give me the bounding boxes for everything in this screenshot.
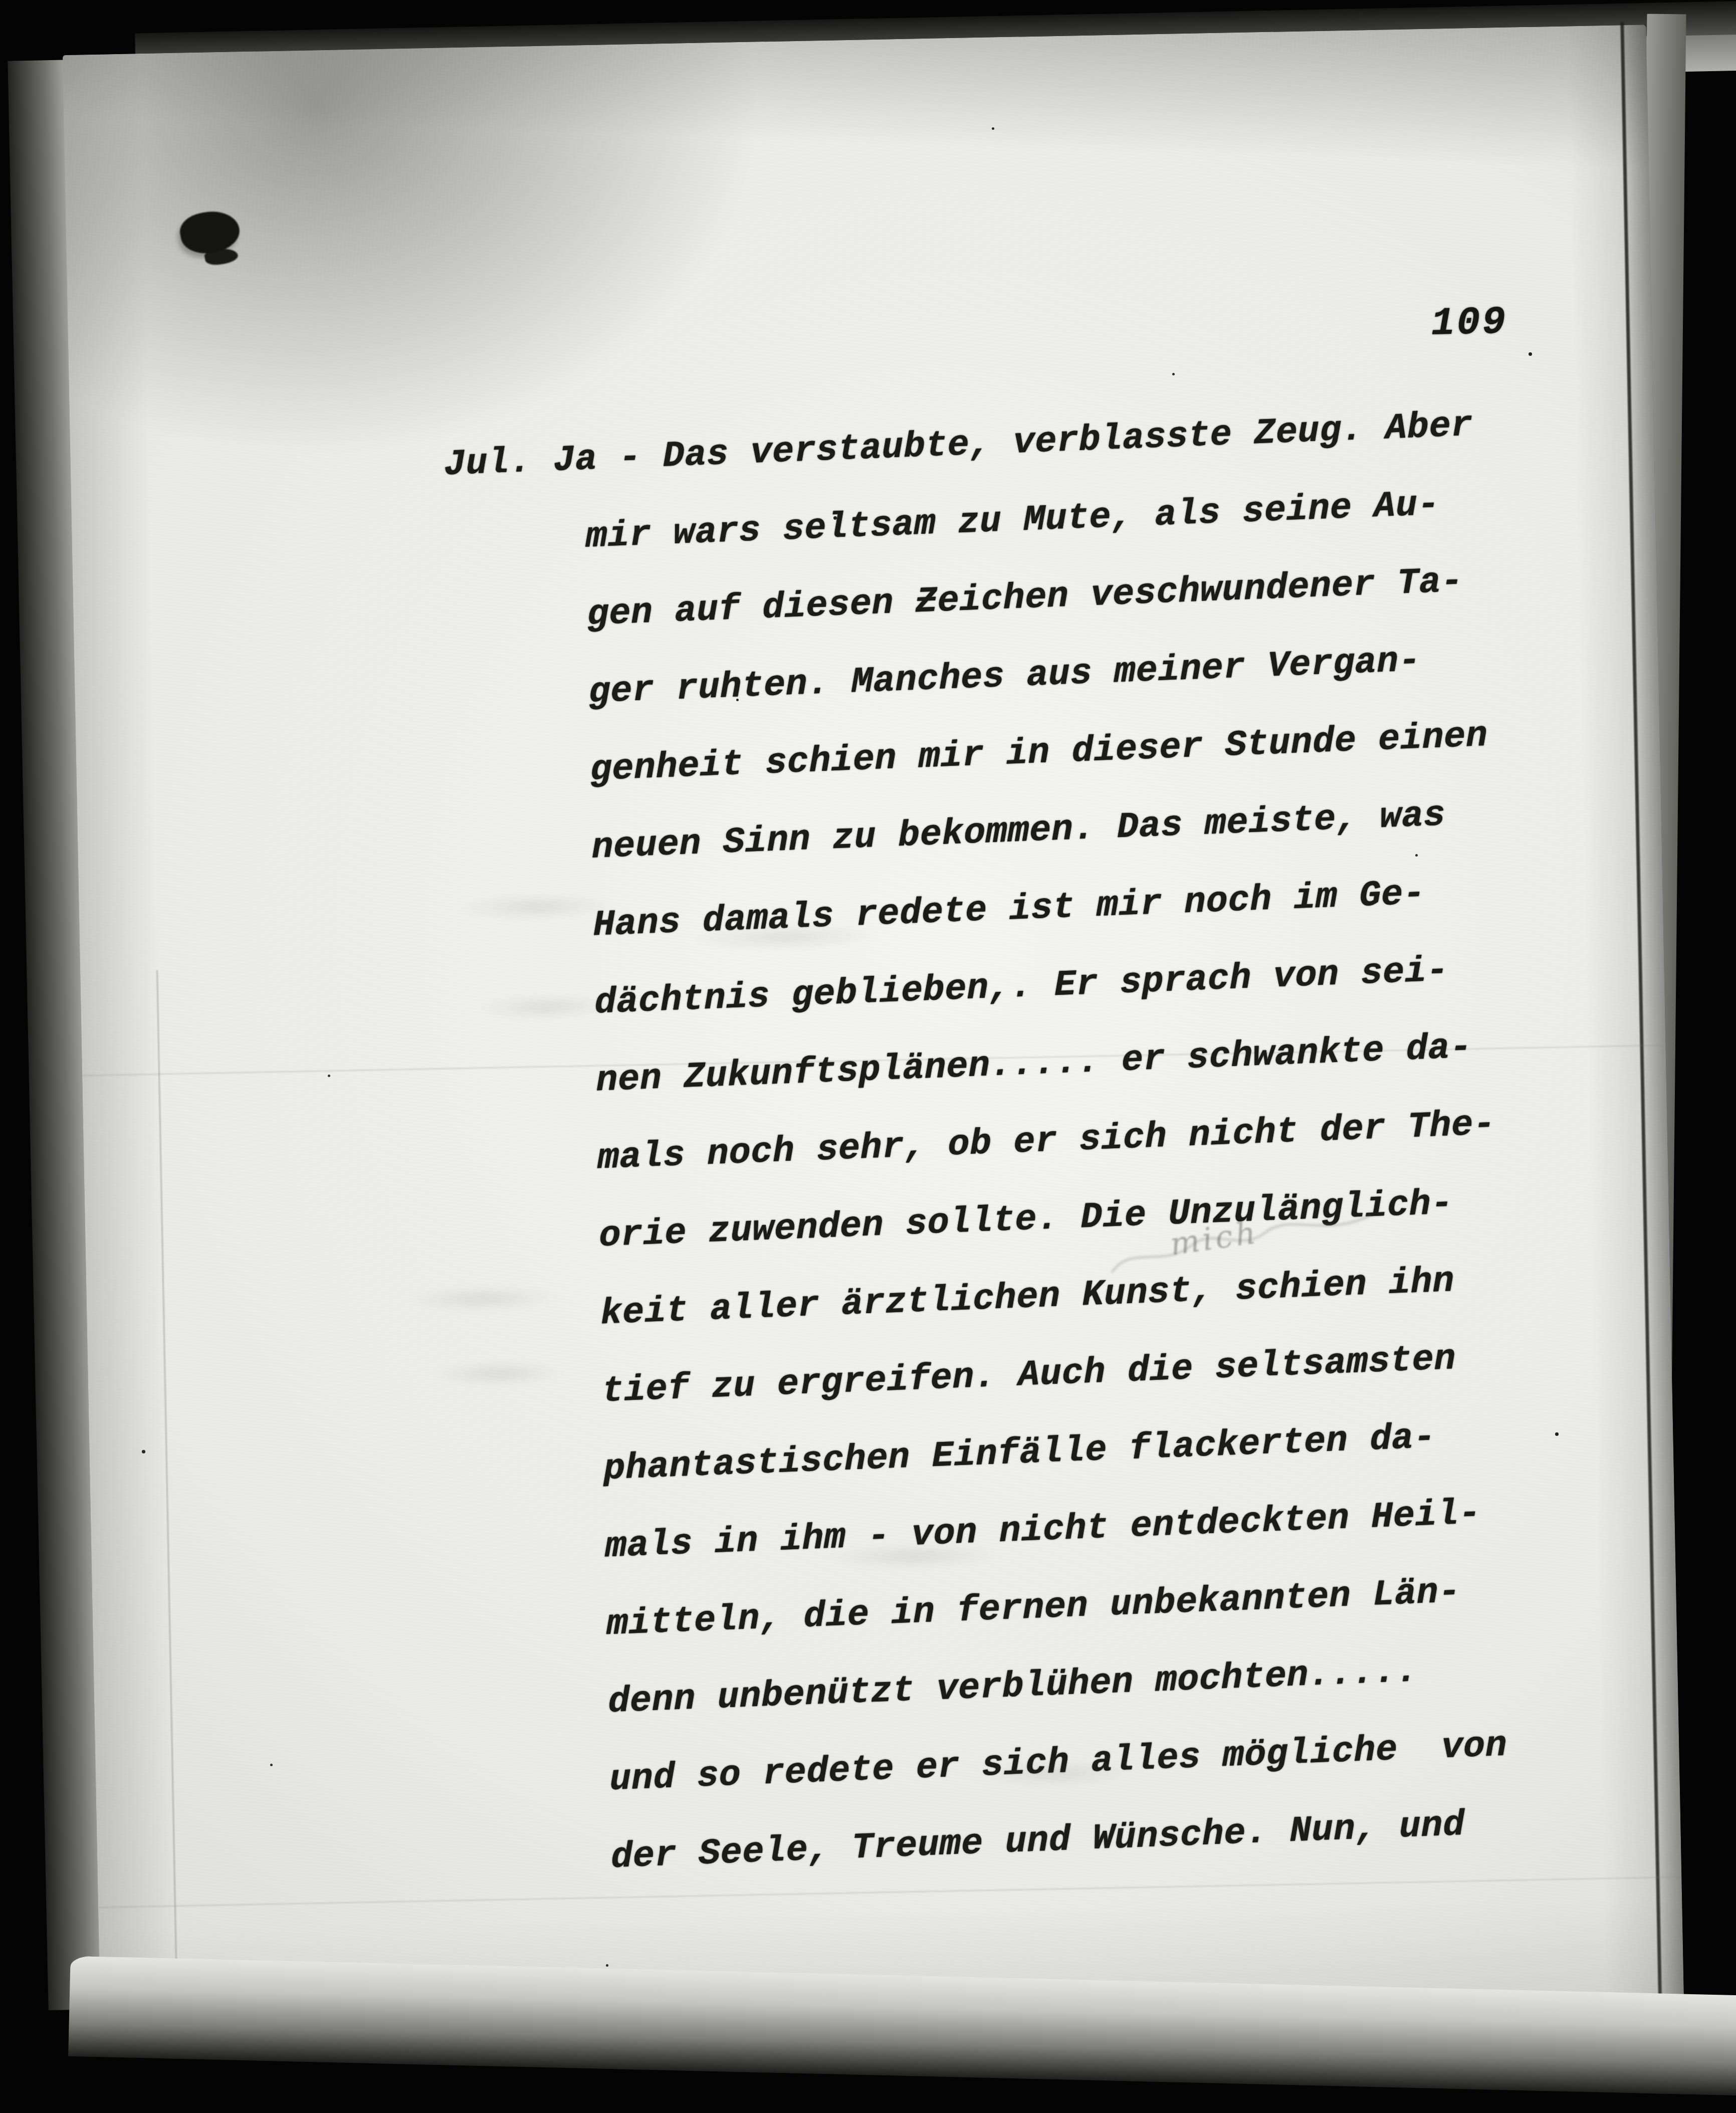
- ghost-smudge: [377, 1278, 588, 1319]
- scan-background: { "document": { "kind": "typewritten-man…: [0, 0, 1736, 2113]
- ghost-smudge: [452, 986, 642, 1027]
- ghost-smudge: [948, 1753, 1164, 1794]
- paper-sheet: 109 Jul. Ja - Das verstaubte, verblasste…: [63, 25, 1684, 2047]
- ghost-smudge: [793, 1535, 1034, 1577]
- paper-fold-line: [156, 970, 178, 2047]
- ghost-smudge: [408, 1353, 589, 1394]
- dust-specks: [0, 0, 2, 2]
- manuscript-text: Jul. Ja - Das verstaubte, verblasste Zeu…: [443, 383, 1603, 1902]
- ghost-smudge: [429, 886, 645, 927]
- page-number: 109: [1431, 301, 1508, 346]
- ghost-smudge: [656, 916, 917, 958]
- staple-mark: [177, 207, 243, 258]
